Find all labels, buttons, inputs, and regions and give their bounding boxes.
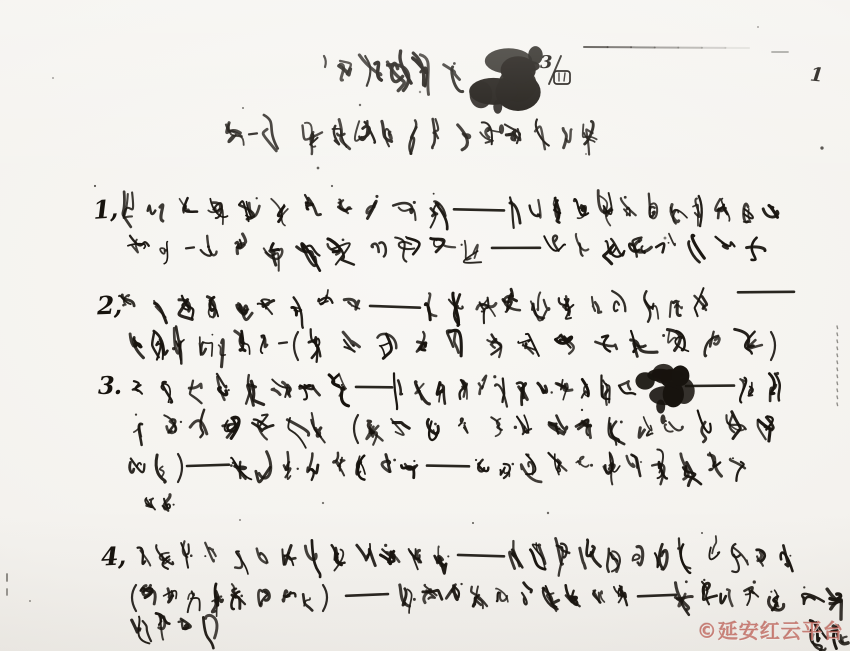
item-2-number: 2, [97, 293, 122, 319]
svg-text:3: 3 [540, 52, 553, 73]
scanned-document-page: 3 1, 2, 3. 4, 1 ©延安红云平台 [0, 0, 850, 651]
handwriting-ink-layer: 3 [0, 0, 850, 651]
item-3-number: 3. [98, 374, 121, 398]
item-4-number: 4, [100, 543, 125, 569]
item-1-number: 1, [92, 196, 118, 223]
page-corner-mark: 1 [809, 65, 823, 85]
